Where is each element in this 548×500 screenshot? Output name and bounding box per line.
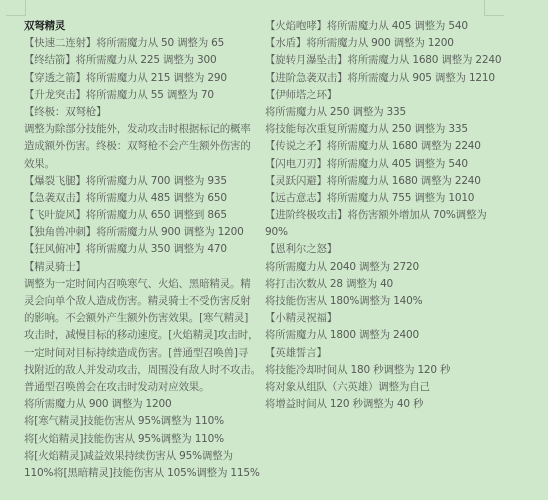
page-corner-mark-top-left bbox=[6, 0, 26, 16]
text-line: 【灵跃闪避】将所需魔力从 1680 调整为 2240 bbox=[265, 173, 535, 190]
text-line: 将[火焰精灵]技能伤害从 95%调整为 110% bbox=[24, 431, 264, 448]
page-corner-mark-top-right bbox=[484, 0, 504, 16]
text-line: 【升龙突击】将所需魔力从 55 调整为 70 bbox=[24, 87, 264, 104]
section-heading-wild-hunter: 双弩精灵 bbox=[24, 18, 264, 35]
text-line: 【狂风俯冲】将所需魔力从 350 调整为 470 bbox=[24, 241, 264, 258]
text-line: 【闪电刀刃】将所需魔力从 405 调整为 540 bbox=[265, 156, 535, 173]
text-line: 将所需魔力从 1800 调整为 2400 bbox=[265, 327, 535, 344]
left-column: 双弩精灵 【快速二连射】将所需魔力从 50 调整为 65 【终结箭】将所需魔力从… bbox=[24, 18, 264, 482]
text-line: 的影响。不会额外产生额外伤害效果。[寒气精灵] bbox=[24, 310, 264, 327]
text-line: 【伊师塔之环】 bbox=[265, 87, 535, 104]
text-line: 【精灵骑士】 bbox=[24, 259, 264, 276]
text-line: 【进阶终极攻击】将伤害额外增加从 70%调整为 bbox=[265, 207, 535, 224]
text-line: 将技能伤害从 180%调整为 140% bbox=[265, 293, 535, 310]
text-line: 攻击时，减慢目标的移动速度。[火焰精灵]攻击时， bbox=[24, 327, 264, 344]
text-line: 将对象从组队（六英雄）调整为自己 bbox=[265, 379, 535, 396]
text-line: 将技能每次重复所需魔力从 250 调整为 335 bbox=[265, 121, 535, 138]
text-line: 【飞叶旋风】将所需魔力从 650 调整到 865 bbox=[24, 207, 264, 224]
text-line: 【独角兽冲刺】将所需魔力从 900 调整为 1200 bbox=[24, 224, 264, 241]
text-line: 【旋转月瀑坠击】将所需魔力从 1680 调整为 2240 bbox=[265, 52, 535, 69]
text-line: 调整为除部分技能外，发动攻击时根据标记的概率 bbox=[24, 121, 264, 138]
text-line: 【进阶急袭双击】将所需魔力从 905 调整为 1210 bbox=[265, 70, 535, 87]
text-line: 将技能冷却时间从 180 秒调整为 120 秒 bbox=[265, 362, 535, 379]
text-line: 【英雄誓言】 bbox=[265, 345, 535, 362]
text-line: 【爆裂飞腿】将所需魔力从 700 调整为 935 bbox=[24, 173, 264, 190]
text-line: 90% bbox=[265, 224, 535, 241]
text-line: 一定时间对目标持续造成伤害。[普通型召唤兽]寻 bbox=[24, 345, 264, 362]
text-line: 【终极：双弩枪】 bbox=[24, 104, 264, 121]
text-line: 将增益时间从 120 秒调整为 40 秒 bbox=[265, 396, 535, 413]
text-line: 将打击次数从 28 调整为 40 bbox=[265, 276, 535, 293]
text-line: 将所需魔力从 2040 调整为 2720 bbox=[265, 259, 535, 276]
text-line: 将[火焰精灵]减益效果持续伤害从 95%调整为 bbox=[24, 448, 264, 465]
text-line: 【恩利尔之怒】 bbox=[265, 241, 535, 258]
text-line: 【远古意志】将所需魔力从 755 调整为 1010 bbox=[265, 190, 535, 207]
text-line: 【急袭双击】将所需魔力从 485 调整为 650 bbox=[24, 190, 264, 207]
text-line: 将所需魔力从 900 调整为 1200 bbox=[24, 396, 264, 413]
text-line: 造成额外伤害。终极：双弩枪不会产生额外伤害的 bbox=[24, 138, 264, 155]
text-line: 找附近的敌人并发动攻击，周围没有敌人时不攻击。 bbox=[24, 362, 264, 379]
text-line: 效果。 bbox=[24, 156, 264, 173]
right-column: 【火焰咆哮】将所需魔力从 405 调整为 540 【水盾】将所需魔力从 900 … bbox=[265, 18, 535, 413]
text-line: 将[寒气精灵]技能伤害从 95%调整为 110% bbox=[24, 413, 264, 430]
text-line: 普通型召唤兽会在攻击时发动对应效果。 bbox=[24, 379, 264, 396]
text-line: 调整为一定时间内召唤寒气、火焰、黑暗精灵。精 bbox=[24, 276, 264, 293]
text-line: 【终结箭】将所需魔力从 225 调整为 300 bbox=[24, 52, 264, 69]
text-line: 【快速二连射】将所需魔力从 50 调整为 65 bbox=[24, 35, 264, 52]
text-line: 灵会向单个敌人造成伤害。精灵骑士不受伤害反射 bbox=[24, 293, 264, 310]
text-line: 【传说之矛】将所需魔力从 1680 调整为 2240 bbox=[265, 138, 535, 155]
text-line: 【火焰咆哮】将所需魔力从 405 调整为 540 bbox=[265, 18, 535, 35]
text-line: 【小精灵祝福】 bbox=[265, 310, 535, 327]
text-line: 【穿透之箭】将所需魔力从 215 调整为 290 bbox=[24, 70, 264, 87]
text-line: 将所需魔力从 250 调整为 335 bbox=[265, 104, 535, 121]
text-line: 110%将[黑暗精灵]技能伤害从 105%调整为 115% bbox=[24, 465, 264, 482]
text-line: 【水盾】将所需魔力从 900 调整为 1200 bbox=[265, 35, 535, 52]
